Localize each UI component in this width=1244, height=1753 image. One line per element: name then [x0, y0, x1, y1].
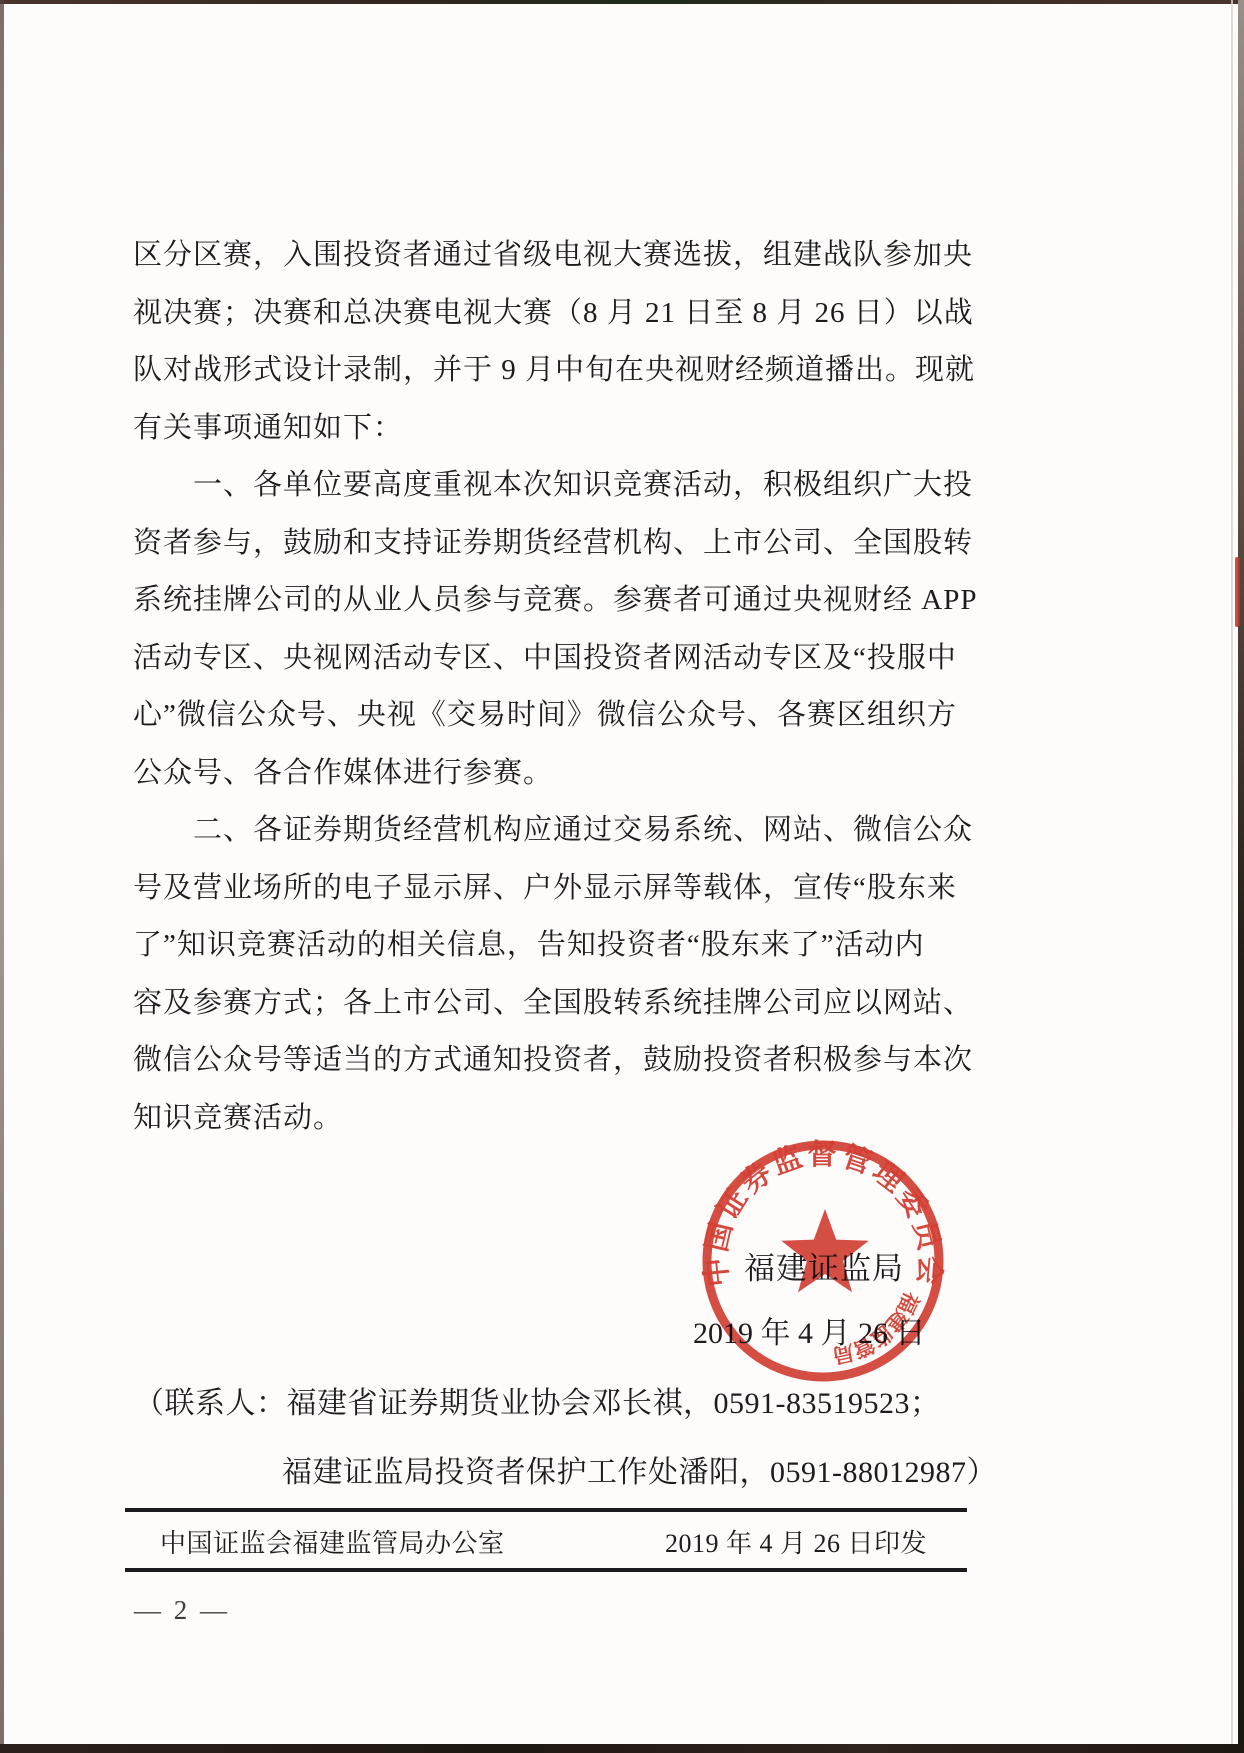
- footer-rule-bottom: [125, 1568, 967, 1572]
- footer-print-date: 2019 年 4 月 26 日印发: [665, 1524, 927, 1564]
- body-line: 二、各证券期货经营机构应通过交易系统、网站、微信公众: [133, 802, 969, 860]
- scan-edge-right-faint: [1231, 0, 1233, 1753]
- footer-rule-top: [125, 1508, 967, 1512]
- body-line: 队对战形式设计录制，并于 9 月中旬在央视财经频道播出。现就: [133, 342, 969, 400]
- body-line: 有关事项通知如下：: [133, 400, 969, 458]
- body-line: 了”知识竞赛活动的相关信息，告知投资者“股东来了”活动内: [133, 917, 969, 975]
- body-line: 公众号、各合作媒体进行参赛。: [133, 745, 969, 803]
- footer-issuer: 中国证监会福建监管局办公室: [160, 1524, 505, 1564]
- body-line: 容及参赛方式；各上市公司、全国股转系统挂牌公司应以网站、: [133, 975, 969, 1033]
- body-line: 一、各单位要高度重视本次知识竞赛活动，积极组织广大投: [133, 457, 969, 515]
- body-line: 号及营业场所的电子显示屏、户外显示屏等载体，宣传“股东来: [133, 860, 969, 918]
- body-line: 活动专区、央视网活动专区、中国投资者网活动专区及“投服中: [133, 630, 969, 688]
- footer-row: 中国证监会福建监管局办公室 2019 年 4 月 26 日印发: [125, 1524, 967, 1564]
- body-line: 区分区赛，入围投资者通过省级电视大赛选拔，组建战队参加央: [133, 227, 969, 285]
- body-line: 心”微信公众号、央视《交易时间》微信公众号、各赛区组织方: [133, 687, 969, 745]
- body-line: 资者参与，鼓励和支持证券期货经营机构、上市公司、全国股转: [133, 515, 969, 573]
- scan-edge-bottom: [0, 1744, 1244, 1753]
- seal-star-icon: [781, 1209, 868, 1292]
- seal-inner-text: 福建监管局: [831, 1288, 924, 1368]
- body-line: 视决赛；决赛和总决赛电视大赛（8 月 21 日至 8 月 26 日）以战: [133, 285, 969, 343]
- red-ink-streak: [1235, 557, 1240, 627]
- svg-text:福建监管局: 福建监管局: [831, 1288, 924, 1368]
- official-seal: 中国证券监督管理委员会 福建监管局: [695, 1133, 953, 1391]
- contact-line-2: 福建证监局投资者保护工作处潘阳，0591-88012987）: [282, 1447, 997, 1491]
- scanned-document-page: 区分区赛，入围投资者通过省级电视大赛选拔，组建战队参加央 视决赛；决赛和总决赛电…: [0, 0, 1244, 1753]
- body-line: 系统挂牌公司的从业人员参与竞赛。参赛者可通过央视财经 APP: [133, 572, 969, 630]
- document-body: 区分区赛，入围投资者通过省级电视大赛选拔，组建战队参加央 视决赛；决赛和总决赛电…: [133, 227, 969, 1147]
- scan-edge-top: [0, 0, 1244, 4]
- body-line: 微信公众号等适当的方式通知投资者，鼓励投资者积极参与本次: [133, 1032, 969, 1090]
- page-number: — 2 —: [134, 1595, 230, 1626]
- scan-edge-right: [1238, 0, 1244, 1753]
- official-seal-graphic: 中国证券监督管理委员会 福建监管局: [695, 1133, 953, 1391]
- scan-edge-left: [0, 0, 4, 1753]
